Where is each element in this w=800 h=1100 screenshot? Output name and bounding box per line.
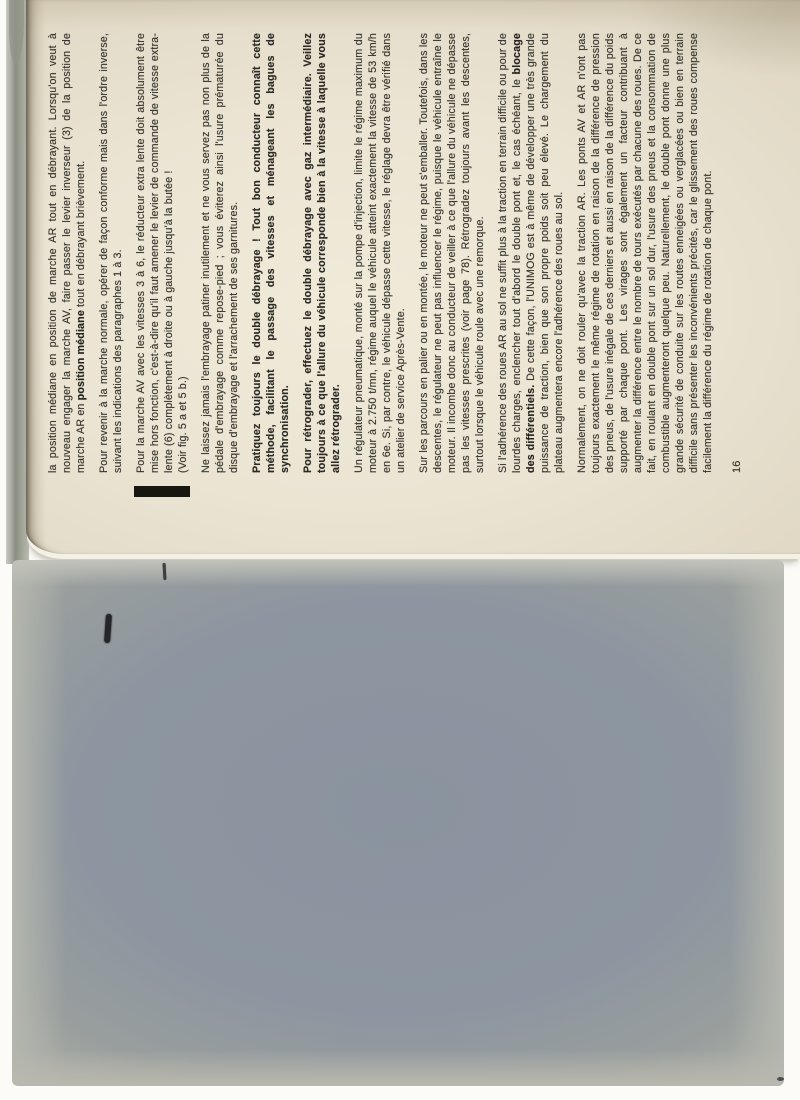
- paragraph-9: Si l'adhérence des roues AR au sol ne su…: [496, 33, 566, 473]
- dust-speck: [777, 1077, 784, 1081]
- paragraph-1-bold: position médiane: [75, 310, 87, 400]
- paragraph-1: la position médiane en position de march…: [46, 33, 88, 473]
- paragraph-1-text-end: tout en débrayant brièvement.: [75, 161, 87, 310]
- scanned-book-photo: { "document": { "kind": "scanned book pa…: [0, 0, 800, 1100]
- paragraph-8: Sur les parcours en palier ou en montée,…: [417, 33, 487, 473]
- paragraph-3-warning-block: Pour la marche AV avec les vitesses 3 à …: [134, 33, 190, 497]
- paragraph-5: Pratiquez toujours le double débrayage !…: [250, 33, 292, 473]
- book-cover: [12, 560, 784, 1086]
- page-text-block: la position médiane en position de march…: [46, 33, 706, 473]
- paragraph-6: Pour rétrograder, effectuez le double dé…: [301, 33, 343, 473]
- page-number: 16: [730, 33, 744, 473]
- paragraph-9-text: Si l'adhérence des roues AR au sol ne su…: [497, 33, 523, 473]
- paragraph-7: Un régulateur pneumatique, monté sur la …: [352, 33, 408, 473]
- paragraph-4: Ne laissez jamais l'embrayage patiner in…: [199, 33, 241, 473]
- book-page: la position médiane en position de march…: [26, 0, 800, 554]
- paragraph-2: Pour revenir à la marche normale, opérer…: [97, 33, 125, 473]
- figure-reference-note: (Voir fig. 5 a et 5 b.): [176, 33, 190, 473]
- paragraph-10: Normalement, on ne doit rouler qu'avec l…: [575, 33, 715, 473]
- paragraph-3-text: Pour la marche AV avec les vitesses 3 à …: [135, 33, 175, 473]
